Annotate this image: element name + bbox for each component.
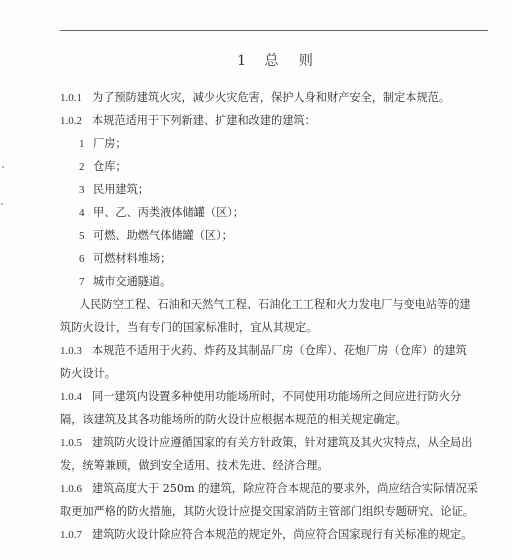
list-item: 4甲、乙、丙类液体储罐（区）； [79, 205, 509, 221]
header-rule [60, 30, 488, 31]
clause-text: 同一建筑内设置多种使用功能场所时，不同使用功能场所之间应进行防火分 [92, 390, 461, 403]
scan-artifact-dot [1, 203, 3, 205]
clause-number: 1.0.4 [60, 389, 92, 405]
clause-note-line-1: 人民防空工程、石油和天然气工程、石油化工工程和火力发电厂与变电站等的建 [79, 297, 509, 313]
clause-number: 1.0.7 [60, 527, 92, 543]
list-item: 5可燃、助燃气体储罐（区）； [79, 228, 509, 244]
item-text: 城市交通隧道。 [93, 275, 171, 288]
chapter-title-char-1: 总 [264, 50, 278, 70]
item-number: 7 [79, 274, 93, 290]
clause-1-0-2: 1.0.2本规范适用于下列新建、扩建和改建的建筑： [60, 113, 490, 129]
item-number: 4 [79, 205, 93, 221]
clause-1-0-1: 1.0.1为了预防建筑火灾，减少火灾危害，保护人身和财产安全，制定本规范。 [60, 90, 490, 106]
clause-1-0-7: 1.0.7建筑防火设计除应符合本规范的规定外，尚应符合国家现行有关标准的规定。 [60, 527, 490, 543]
list-item: 1厂房； [79, 136, 509, 152]
clause-1-0-6: 1.0.6建筑高度大于 250m 的建筑，除应符合本规范的要求外，尚应结合实际情… [60, 481, 490, 497]
clause-number: 1.0.3 [60, 343, 92, 359]
clause-text: 为了预防建筑火灾，减少火灾危害，保护人身和财产安全，制定本规范。 [92, 91, 450, 104]
list-item: 6可燃材料堆场； [79, 251, 509, 267]
document-page: 1 总 则 1.0.1为了预防建筑火灾，减少火灾危害，保护人身和财产安全，制定本… [0, 0, 512, 560]
clause-text: 建筑防火设计除应符合本规范的规定外，尚应符合国家现行有关标准的规定。 [92, 528, 472, 541]
clause-text: 本规范适用于下列新建、扩建和改建的建筑： [92, 114, 316, 127]
item-text: 可燃、助燃气体储罐（区）； [93, 229, 233, 242]
clause-text: 本规范不适用于火药、炸药及其制品厂房（仓库）、花炮厂房（仓库）的建筑 [92, 344, 467, 357]
clause-1-0-5: 1.0.5建筑防火设计应遵循国家的有关方针政策，针对建筑及其火灾特点，从全局出 [60, 435, 490, 451]
clause-text: 建筑高度大于 250m 的建筑，除应符合本规范的要求外，尚应结合实际情况采 [92, 482, 478, 495]
scan-artifact-dot [2, 166, 4, 168]
item-number: 6 [79, 251, 93, 267]
list-item: 3民用建筑； [79, 182, 509, 198]
clause-text: 建筑防火设计应遵循国家的有关方针政策，针对建筑及其火灾特点，从全局出 [92, 436, 472, 449]
clause-number: 1.0.2 [60, 113, 92, 129]
clause-1-0-3: 1.0.3本规范不适用于火药、炸药及其制品厂房（仓库）、花炮厂房（仓库）的建筑 [60, 343, 490, 359]
chapter-number: 1 [237, 53, 246, 69]
item-text: 甲、乙、丙类液体储罐（区）； [93, 206, 244, 219]
item-text: 厂房； [93, 137, 127, 150]
clause-number: 1.0.1 [60, 90, 92, 106]
item-number: 1 [79, 136, 93, 152]
list-item: 2仓库； [79, 159, 509, 175]
item-text: 仓库； [93, 160, 127, 173]
clause-number: 1.0.5 [60, 435, 92, 451]
clause-number: 1.0.6 [60, 481, 92, 497]
item-number: 5 [79, 228, 93, 244]
item-number: 2 [79, 159, 93, 175]
clause-1-0-3-cont: 防火设计。 [60, 366, 490, 382]
item-text: 民用建筑； [93, 183, 149, 196]
clause-1-0-4-cont: 隔，该建筑及其各功能场所的防火设计应根据本规范的相关规定确定。 [60, 412, 490, 428]
list-item: 7城市交通隧道。 [79, 274, 509, 290]
clause-1-0-6-cont: 取更加严格的防火措施，其防火设计应提交国家消防主管部门组织专题研究、论证。 [60, 504, 490, 520]
chapter-title: 1 总 则 [0, 50, 512, 70]
chapter-title-char-2: 则 [299, 50, 313, 70]
item-text: 可燃材料堆场； [93, 252, 171, 265]
clause-note-line-2: 筑防火设计，当有专门的国家标准时，宜从其规定。 [60, 320, 490, 336]
clause-1-0-5-cont: 发，统筹兼顾，做到安全适用、技术先进、经济合理。 [60, 458, 490, 474]
clause-1-0-4: 1.0.4同一建筑内设置多种使用功能场所时，不同使用功能场所之间应进行防火分 [60, 389, 490, 405]
item-number: 3 [79, 182, 93, 198]
